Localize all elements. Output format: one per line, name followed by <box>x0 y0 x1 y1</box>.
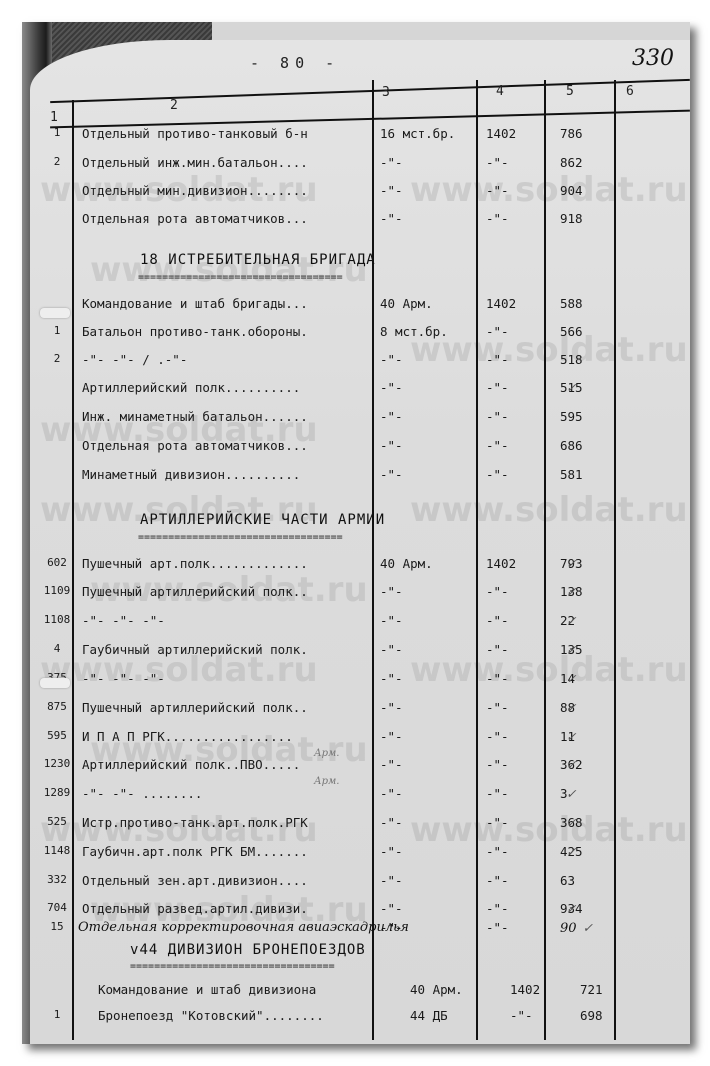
section-underline: ================================== <box>138 272 343 283</box>
table-row: 1Отдельный противо-танковый б-н16 мст.бр… <box>30 126 690 148</box>
column-header-5: 5 <box>566 84 574 99</box>
table-row: 1230Артиллерийский полк..ПВО.....-"--"-3… <box>30 757 690 779</box>
check-mark: ✓ <box>566 380 576 395</box>
column-header-4: 4 <box>496 84 504 99</box>
binding-clip <box>40 678 70 688</box>
header-top-line <box>50 79 690 103</box>
table-row: 2-"- -"- / .-"--"--"-518 <box>30 352 690 374</box>
column-header-6: 6 <box>626 84 634 99</box>
table-row: 1Батальон противо-танк.обороны.8 мст.бр.… <box>30 324 690 346</box>
section-underline: ================================== <box>130 961 335 972</box>
table-row: 1109Пушечный артиллерийский полк..-"--"-… <box>30 584 690 606</box>
table-row: 1Бронепоезд "Котовский"........44 ДБ-"-6… <box>30 1008 690 1030</box>
column-header-2: 2 <box>170 98 178 113</box>
table-row: 602Пушечный арт.полк.............40 Арм.… <box>30 556 690 578</box>
margin-note: Арм. <box>314 748 339 759</box>
table-row: Инж. минаметный батальон......-"--"-595 <box>30 409 690 431</box>
scan-frame: - 80 - 330 www.soldat.ru www.soldat.ru w… <box>22 22 690 1044</box>
watermark: www.soldat.ru <box>410 490 688 530</box>
table-row: 525Истр.противо-танк.арт.полк.РГК-"--"-3… <box>30 815 690 837</box>
table-row: 1108 -"- -"- -"--"--"-22✓ <box>30 613 690 635</box>
table-row: 595И П А П РГК.................-"--"-11✓ <box>30 729 690 751</box>
column-header-1: 1 <box>50 110 58 125</box>
margin-note: Арм. <box>314 776 339 787</box>
table-row: 1289 -"- -"- ........-"--"-3✓ <box>30 786 690 808</box>
table-row: 4Гаубичный артиллерийский полк.-"--"-135… <box>30 642 690 664</box>
section-title: 18 ИСТРЕБИТЕЛЬНАЯ БРИГАДА <box>140 252 376 268</box>
table-row: 1148Гаубичн.арт.полк РГК БМ.......-"--"-… <box>30 844 690 866</box>
table-row: 332Отдельный зен.арт.дивизион....-"--"-6… <box>30 873 690 895</box>
table-row: Отдельная рота автоматчиков...-"--"-918 <box>30 211 690 233</box>
table-row: 375 -"- -"- -"--"--"-14✓ <box>30 671 690 693</box>
table-row: Отдельный мин.дивизион........-"--"-904 <box>30 183 690 205</box>
table-row: Командование и штаб дивизиона40 Арм.1402… <box>30 982 690 1004</box>
section-underline: ================================== <box>138 532 343 543</box>
document-page: - 80 - 330 www.soldat.ru www.soldat.ru w… <box>30 40 690 1044</box>
section-title: v44 ДИВИЗИОН БРОНЕПОЕЗДОВ <box>130 942 366 958</box>
table-row: 875Пушечный артиллерийский полк..-"--"-8… <box>30 700 690 722</box>
archive-sheet-number: 330 <box>632 46 674 71</box>
column-header-3: 3 <box>382 85 390 100</box>
table-row: Отдельная рота автоматчиков...-"--"-686 <box>30 438 690 460</box>
table-row: Артиллерийский полк..........-"--"-515✓ <box>30 380 690 402</box>
handwritten-note: Отдельная корректировочная авиаэскадриль… <box>78 920 409 935</box>
binding-clip <box>40 308 70 318</box>
table-row: Минаметный дивизион..........-"--"-581 <box>30 467 690 489</box>
table-row: Командование и штаб бригады...40 Арм.140… <box>30 296 690 318</box>
typed-page-number: - 80 - <box>250 54 340 72</box>
section-title: АРТИЛЛЕРИЙСКИЕ ЧАСТИ АРМИИ <box>140 512 385 528</box>
table-row: 2Отдельный инж.мин.батальон....-"--"-862 <box>30 155 690 177</box>
